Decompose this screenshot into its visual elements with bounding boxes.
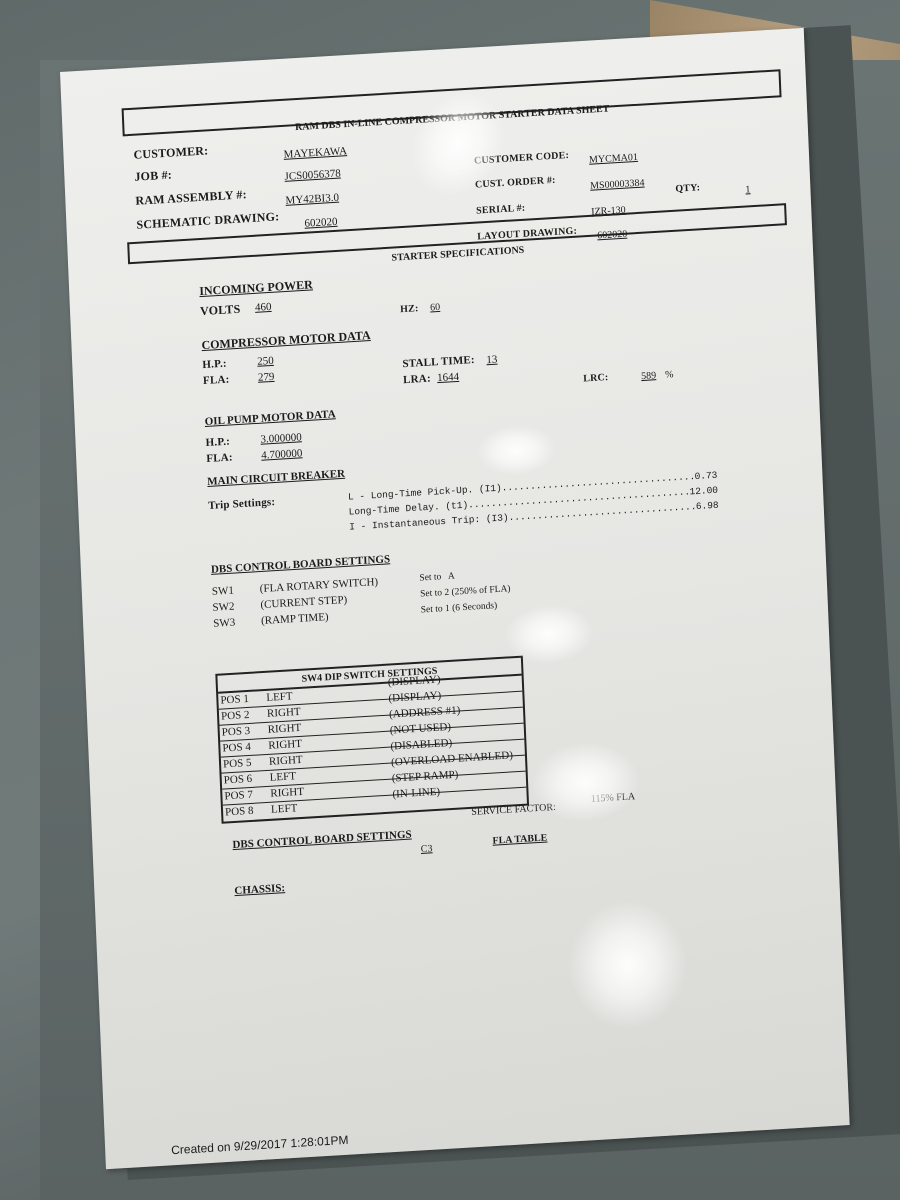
comp-fla-value: 279 bbox=[258, 371, 275, 384]
ram-assembly-value: MY42BI3.0 bbox=[285, 192, 339, 207]
job-value: JCS0056378 bbox=[284, 168, 341, 183]
dip-position: POS 6 bbox=[224, 773, 253, 787]
data-sheet: RAM DBS IN-LINE COMPRESSOR MOTOR STARTER… bbox=[60, 28, 850, 1169]
stall-time-label: STALL TIME: bbox=[402, 354, 475, 370]
switch-id: SW3 bbox=[213, 617, 235, 630]
glare bbox=[565, 896, 690, 1033]
compressor-motor-heading: COMPRESSOR MOTOR DATA bbox=[201, 328, 371, 353]
control-board-heading: DBS CONTROL BOARD SETTINGS bbox=[211, 553, 391, 576]
dip-position: POS 7 bbox=[224, 789, 253, 803]
switch-desc: (RAMP TIME) bbox=[261, 611, 329, 627]
fla-table-label: FLA TABLE bbox=[492, 832, 547, 846]
trip-settings-label: Trip Settings: bbox=[208, 496, 275, 512]
dip-direction: RIGHT bbox=[270, 786, 304, 800]
customer-code-label: CUSTOMER CODE: bbox=[474, 150, 569, 167]
dip-note: (DISABLED) bbox=[390, 737, 452, 753]
switch-list: SW1 (FLA ROTARY SWITCH) Set to A SW2 (CU… bbox=[212, 566, 543, 634]
schematic-drawing-value: 602020 bbox=[304, 216, 337, 230]
customer-label: CUSTOMER: bbox=[133, 143, 208, 162]
service-factor-value: 115% FLA bbox=[591, 791, 636, 805]
trip-setting-value: 0.73 bbox=[694, 470, 717, 486]
dip-note: (DISPLAY) bbox=[388, 689, 441, 704]
dip-note: (DISPLAY) bbox=[388, 674, 441, 689]
oil-pump-heading: OIL PUMP MOTOR DATA bbox=[205, 408, 336, 428]
serial-label: SERIAL #: bbox=[476, 203, 526, 217]
comp-hp-label: H.P.: bbox=[202, 358, 227, 371]
schematic-drawing-label: SCHEMATIC DRAWING: bbox=[136, 209, 279, 232]
lra-label: LRA: bbox=[403, 373, 431, 387]
incoming-power-heading: INCOMING POWER bbox=[199, 277, 313, 299]
dip-direction: RIGHT bbox=[269, 754, 303, 768]
dip-direction: LEFT bbox=[269, 770, 296, 784]
qty-label: QTY: bbox=[675, 182, 700, 194]
dip-note: (IN-LINE) bbox=[392, 786, 440, 801]
comp-hp-value: 250 bbox=[257, 355, 274, 368]
cust-order-value: MS00003384 bbox=[590, 178, 645, 192]
customer-code-value: MYCMA01 bbox=[589, 152, 638, 166]
chassis-heading: CHASSIS: bbox=[234, 882, 285, 897]
lrc-unit: % bbox=[665, 369, 674, 380]
dip-note: (NOT USED) bbox=[390, 721, 452, 737]
switch-id: SW2 bbox=[212, 601, 234, 614]
oil-hp-label: H.P.: bbox=[205, 436, 230, 449]
ram-assembly-label: RAM ASSEMBLY #: bbox=[135, 187, 247, 209]
trip-setting-value: 6.98 bbox=[696, 500, 719, 516]
job-label: JOB #: bbox=[134, 168, 172, 185]
dip-position: POS 1 bbox=[220, 693, 249, 707]
dip-position: POS 5 bbox=[223, 757, 252, 771]
dip-switch-rows: POS 1LEFT(DISPLAY)POS 2RIGHT(DISPLAY)POS… bbox=[218, 676, 527, 822]
dip-position: POS 4 bbox=[222, 741, 251, 755]
dip-note: (STEP RAMP) bbox=[392, 769, 459, 785]
dip-direction: LEFT bbox=[266, 690, 293, 704]
volts-value: 460 bbox=[255, 301, 272, 314]
trip-setting-value: 12.00 bbox=[689, 485, 718, 502]
hz-label: HZ: bbox=[400, 303, 419, 315]
dip-position: POS 2 bbox=[221, 709, 250, 723]
dip-position: POS 8 bbox=[225, 805, 254, 819]
switch-id: SW1 bbox=[212, 585, 234, 598]
main-breaker-heading: MAIN CIRCUIT BREAKER bbox=[207, 468, 345, 488]
dip-direction: RIGHT bbox=[268, 738, 302, 752]
dip-direction: LEFT bbox=[271, 802, 298, 816]
volts-label: VOLTS bbox=[200, 302, 241, 319]
dip-direction: RIGHT bbox=[267, 722, 301, 736]
hz-value: 60 bbox=[430, 302, 440, 314]
lrc-label: LRC: bbox=[583, 372, 609, 384]
cust-order-label: CUST. ORDER #: bbox=[475, 175, 556, 191]
glare bbox=[475, 423, 557, 478]
qty-value: 1 bbox=[745, 184, 750, 195]
dip-position: POS 3 bbox=[222, 725, 251, 739]
oil-hp-value: 3.000000 bbox=[260, 431, 302, 445]
comp-fla-label: FLA: bbox=[203, 373, 230, 387]
control-board-value: C3 bbox=[421, 843, 433, 855]
stall-time-value: 13 bbox=[486, 354, 497, 367]
lra-value: 1644 bbox=[437, 371, 459, 384]
oil-fla-label: FLA: bbox=[206, 451, 233, 465]
control-board-heading-2: DBS CONTROL BOARD SETTINGS bbox=[232, 828, 412, 851]
oil-fla-value: 4.700000 bbox=[261, 447, 303, 461]
lrc-value: 589 bbox=[641, 370, 656, 382]
customer-value: MAYEKAWA bbox=[283, 145, 347, 161]
dip-switch-table: SW4 DIP SWITCH SETTINGS POS 1LEFT(DISPLA… bbox=[215, 656, 529, 824]
created-timestamp: Created on 9/29/2017 1:28:01PM bbox=[171, 1133, 349, 1158]
switch-setting: Set to A bbox=[419, 571, 455, 583]
dip-direction: RIGHT bbox=[267, 706, 301, 720]
trip-settings-list: L - Long-Time Pick-Up. (I1) ............… bbox=[348, 470, 719, 537]
